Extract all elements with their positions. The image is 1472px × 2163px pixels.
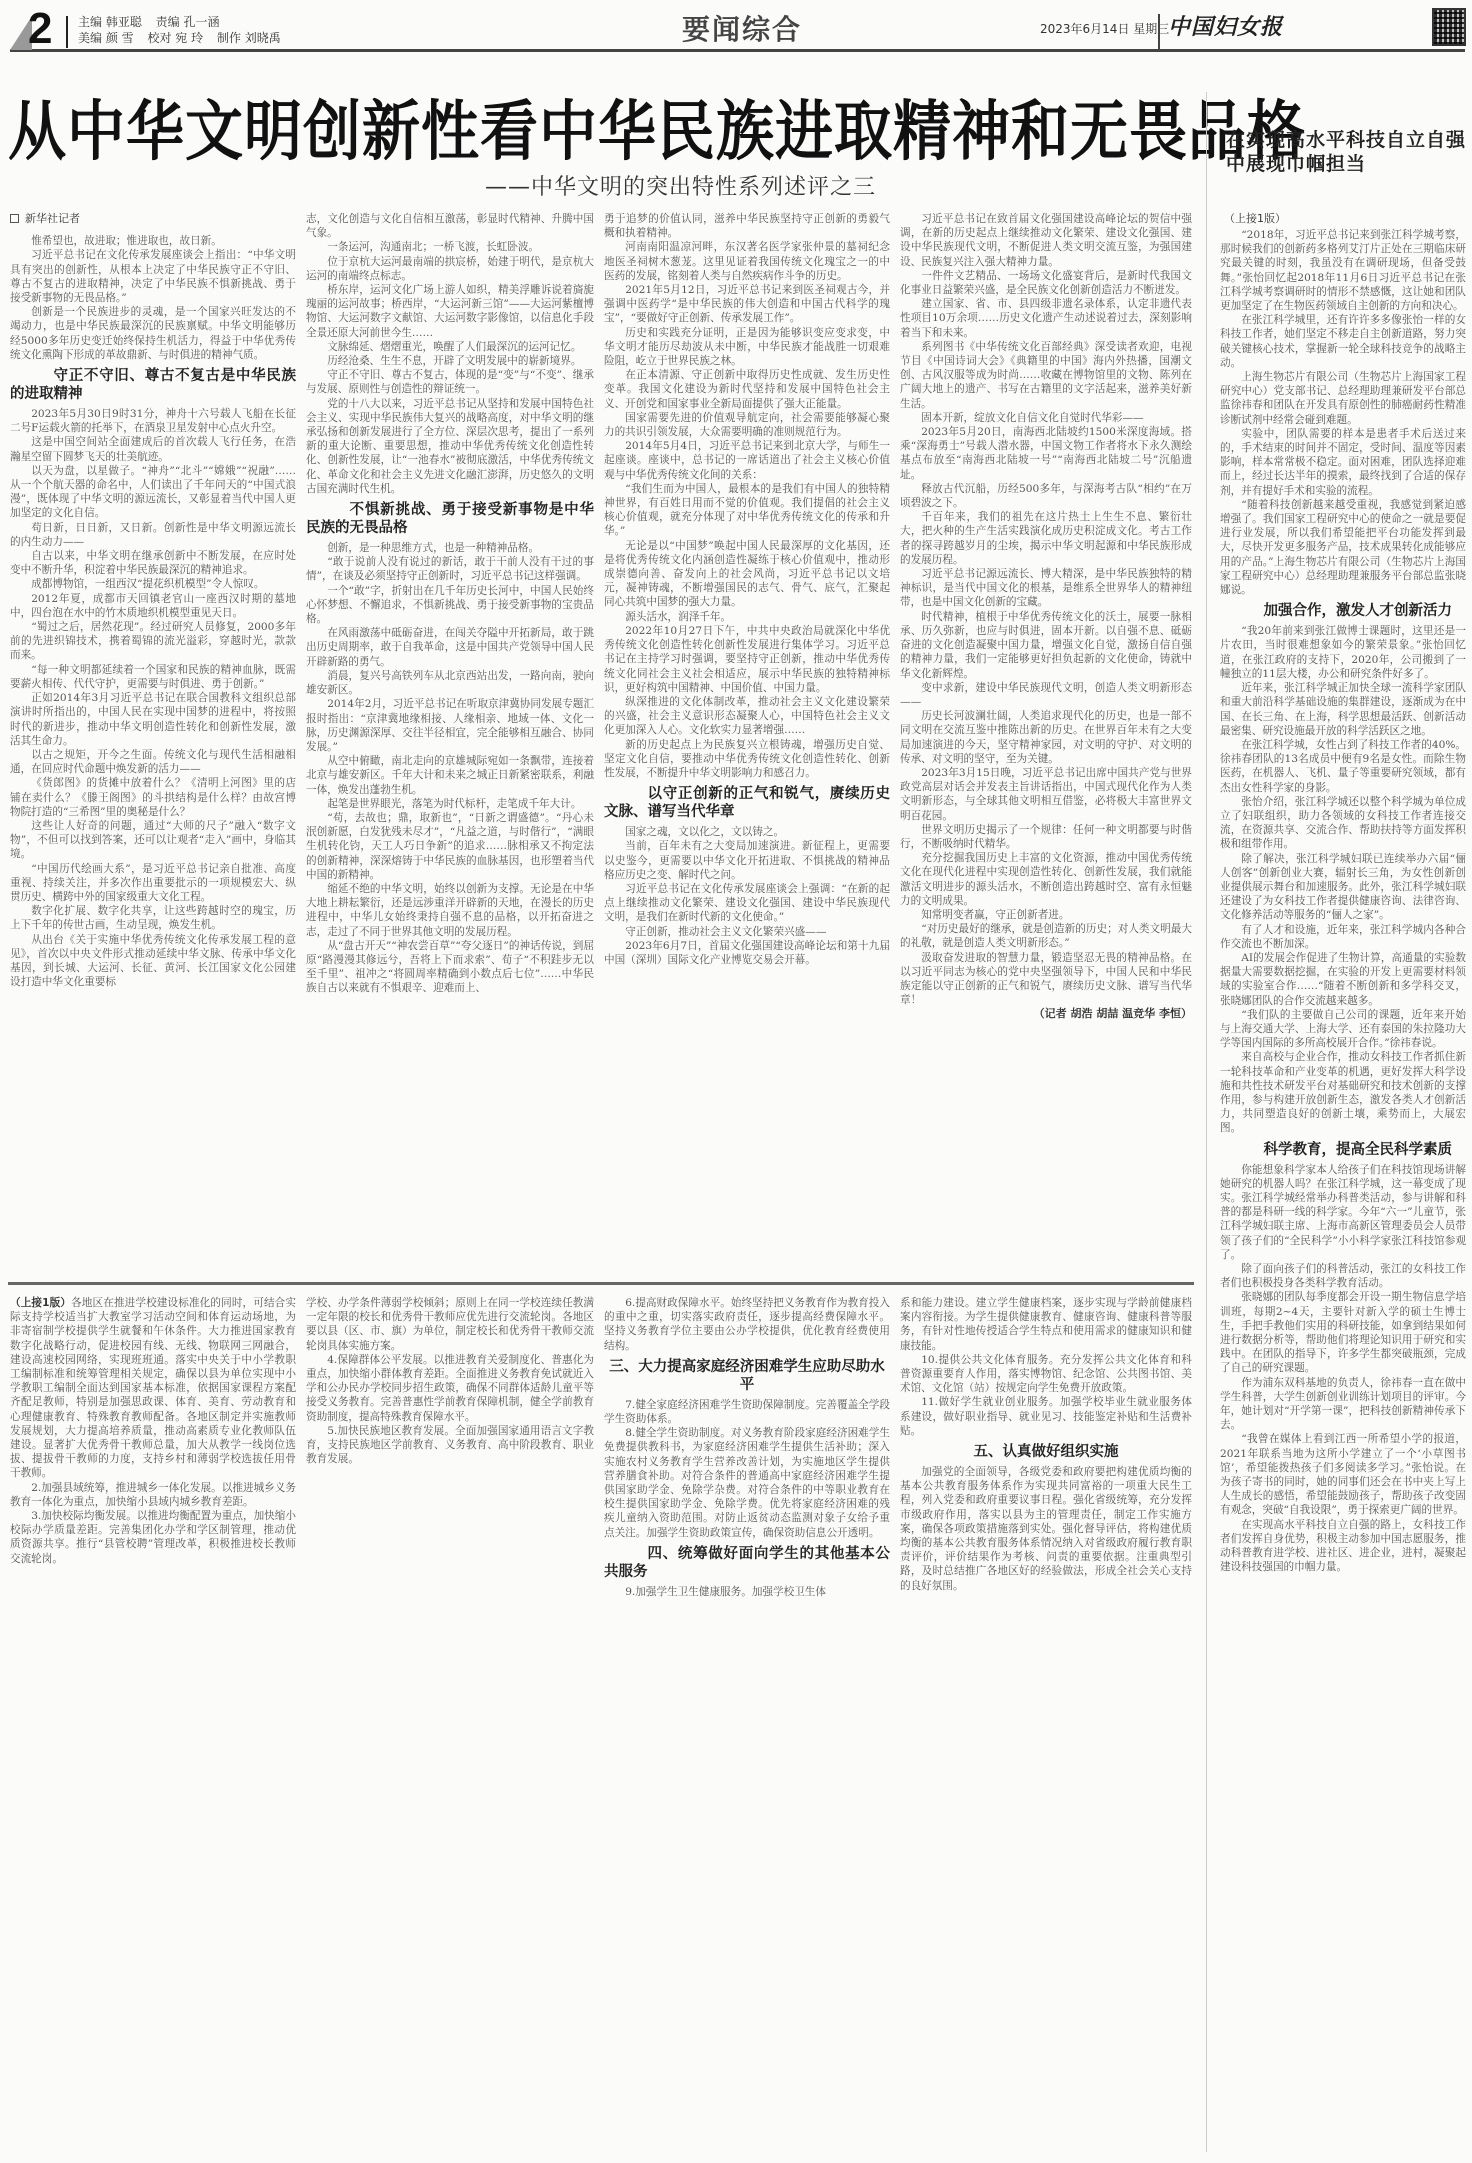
main-article-column-3: 勇于追梦的价值认同，滋养中华民族坚持守正创新的勇毅气概和执着精神。河南南阳温凉河…: [604, 212, 890, 1278]
paragraph: 从出台《关于实施中华优秀传统文化传承发展工程的意见》，首次以中央文件形式推动延续…: [10, 933, 296, 990]
paragraph: 学校、办学条件薄弱学校倾斜；原则上在同一学校连续任教满一定年限的校长和优秀骨干教…: [306, 1296, 594, 1353]
paragraph: 11.做好学生就业创业服务。加强学校毕业生就业服务体系建设，做好职业指导、就业见…: [900, 1395, 1192, 1438]
paragraph: 缩延不绝的中华文明，始终以创新为支撑。无论是在中华大地上耕耘繁衍，还是远涉重洋开…: [306, 882, 594, 939]
qr-code-icon[interactable]: [1432, 8, 1466, 46]
paragraph: 新的历史起点上为民族复兴立根铸魂，增强历史自觉、坚定文化自信，要推动中华优秀传统…: [604, 738, 890, 781]
paragraph: 系列图书《中华传统文化百部经典》深受读者欢迎，电视节目《中国诗词大会》《典籍里的…: [900, 340, 1192, 411]
staff-line-1: 主编 韩亚聪 责编 孔一涵: [78, 14, 291, 30]
paragraph: 习近平总书记在致首届文化强国建设高峰论坛的贺信中强调，在新的历史起点上继续推动文…: [900, 212, 1192, 269]
section-heading: 以守正创新的正气和锐气，赓续历史文脉、谱写当代华章: [604, 785, 890, 821]
paragraph: 数字化扩展、数字化共享，让这些跨越时空的瑰宝，历上下千年的传世古画，生动呈现，焕…: [10, 904, 296, 932]
paragraph: “我们队的主要做自己公司的课题，近年来开始与上海交通大学、上海大学、还有泰国的朱…: [1220, 1008, 1466, 1051]
paragraph: 在风雨激荡中砥砺奋进，在闯关夺隘中开拓新局，敢于跳出历史周期率，敢于自我革命，这…: [306, 626, 594, 669]
proofreader: 校对 宛 玲: [147, 31, 203, 45]
paragraph: 从“盘古开天”“神农尝百草”“夸父逐日”的神话传说，到屈原“路漫漫其修远兮，吾将…: [306, 939, 594, 996]
paragraph: 历史长河波澜壮阔，人类追求现代化的历史，也是一部不同文明在交流互鉴中推陈出新的历…: [900, 709, 1192, 766]
paragraph: 2014年5月4日，习近平总书记来到北京大学，与师生一起座谈。座谈中，总书记的一…: [604, 439, 890, 482]
issue-date: 2023年6月14日 星期三: [1040, 20, 1169, 37]
section-heading: 不惧新挑战、勇于接受新事物是中华民族的无畏品格: [306, 501, 594, 537]
section-heading: 加强合作，激发人才创新活力: [1220, 602, 1466, 620]
bottom-article-column-3: 6.提高财政保障水平。始终坚持把义务教育作为教育投入的重中之重，切实落实政府责任…: [604, 1296, 890, 2156]
paragraph: 国家需要先进的价值观导航定向，社会需要能够凝心聚力的共识引领发展，大众需要明确的…: [604, 411, 890, 439]
main-subheadline: ——中华文明的突出特性系列述评之三: [485, 170, 876, 201]
paragraph: 9.加强学生卫生健康服务。加强学校卫生体: [604, 1585, 890, 1599]
editorial-staff: 主编 韩亚聪 责编 孔一涵 美编 颜 雪 校对 宛 玲 制作 刘晓禹: [78, 14, 291, 46]
paragraph: 在张江科学城里，还有许许多多像张怡一样的女科技工作者，她们坚定不移走自主创新道路…: [1220, 313, 1466, 370]
paragraph: 千百年来，我们的祖先在这片热土上生生不息、繁衍壮大，把火种的生产生活实践演化成历…: [900, 510, 1192, 567]
column-body: 6.提高财政保障水平。始终坚持把义务教育作为教育投入的重中之重，切实落实政府责任…: [604, 1296, 890, 1599]
paragraph: 2021年5月12日，习近平总书记来到医圣祠观古今，并强调中医药学“是中华民族的…: [604, 283, 890, 326]
page-masthead: 2 主编 韩亚聪 责编 孔一涵 美编 颜 雪 校对 宛 玲 制作 刘晓禹 要闻综…: [10, 8, 1465, 52]
section-heading: 三、大力提高家庭经济困难学生应助尽助水平: [604, 1358, 890, 1394]
paragraph: “苟，去故也；鼎，取新也”，“日新之谓盛德”。“丹心未泯创新愿，白发犹残未尽才”…: [306, 811, 594, 882]
paragraph: 2022年10月27日下午，中共中央政治局就深化中华优秀传统文化创造性转化创新性…: [604, 624, 890, 695]
section-heading: 五、认真做好组织实施: [900, 1443, 1192, 1461]
paragraph: “我们生而为中国人，最根本的是我们有中国人的独特精神世界，有百姓日用而不觉的价值…: [604, 482, 890, 539]
paragraph: 建立国家、省、市、县四级非遗名录体系，认定非遗代表性项目10万余项……历史文化遗…: [900, 297, 1192, 340]
paragraph: 在实现高水平科技自立自强的路上，女科技工作者们发挥自身优势，积极主动参加中国志愿…: [1220, 1518, 1466, 1575]
paragraph: 2023年5月20日，南海西北陆坡约1500米深度海域。搭乘“深海勇士”号载人潜…: [900, 425, 1192, 482]
paragraph: 一件件文艺精品、一场场文化盛宴背后，是新时代我国文化事业日益繁荣兴盛，是全民族文…: [900, 269, 1192, 297]
paragraph: 纵深推进的文化体制改革，推动社会主义文化建设繁荣的兴盛，社会主义意识形态凝聚人心…: [604, 695, 890, 738]
paragraph: 除了面向孩子们的科普活动，张江的女科技工作者们也积极投身各类科学教育活动。: [1220, 1262, 1466, 1290]
column-body: 勇于追梦的价值认同，滋养中华民族坚持守正创新的勇毅气概和执着精神。河南南阳温凉河…: [604, 212, 890, 967]
paragraph: 时代精神，植根于中华优秀传统文化的沃土，展要一脉相承、历久弥新，也应与时俱进，固…: [900, 610, 1192, 681]
paragraph: 从空中俯瞰，南北走向的京雄城际宛如一条飘带，连接着北京与雄安新区。千年大计和未来…: [306, 754, 594, 797]
paragraph: 创新是一个民族进步的灵魂，是一个国家兴旺发达的不竭动力，也是中华民族最深沉的民族…: [10, 305, 296, 362]
paragraph: 变中求新，建设中华民族现代文明，创造人类文明新形态——: [900, 681, 1192, 709]
side-article-headline: 在实现高水平科技自立自强中展现巾帼担当: [1226, 128, 1466, 176]
paragraph: “随着科技创新越来越受重视，我感觉到紧迫感增强了。我们国家工程研究中心的使命之一…: [1220, 498, 1466, 597]
paragraph: “我曾在媒体上看到江西一所希望小学的报道，2021年联系当地为这所小学建立了一个…: [1220, 1432, 1466, 1517]
paragraph: “我20年前来到张江做博士课题时，这里还是一片农田，当时很难想象如今的繁荣景象。…: [1220, 624, 1466, 681]
bottom-article-column-4: 系和能力建设。建立学生健康档案，逐步实现与学龄前健康档案内容衔接。为学生提供健康…: [900, 1296, 1192, 2156]
page-number-badge: 2: [10, 8, 66, 50]
paragraph: 无论是以“中国梦”唤起中国人民最深厚的文化基因，还是将优秀传统文化内涵创造性凝练…: [604, 539, 890, 610]
paragraph: 这些让人好奇的问题，通过“大师的尺子”融入“数字文物”，不但可以找到答案，还可以…: [10, 819, 296, 862]
paragraph: 系和能力建设。建立学生健康档案，逐步实现与学龄前健康档案内容衔接。为学生提供健康…: [900, 1296, 1192, 1353]
newspaper-logo: 中国妇女报: [1168, 10, 1283, 41]
paragraph: 充分挖掘我国历史上丰富的文化资源，推动中国优秀传统文化在现代化进程中实现创造性转…: [900, 851, 1192, 908]
section-heading: 守正不守旧、尊古不复古是中华民族的进取精神: [10, 367, 296, 403]
paragraph: 国家之魂，文以化之，文以铸之。: [604, 825, 890, 839]
paragraph: 6.提高财政保障水平。始终坚持把义务教育作为教育投入的重中之重，切实落实政府责任…: [604, 1296, 890, 1353]
paragraph: 固本开新，绽放文化自信文化自觉时代华彩——: [900, 411, 1192, 425]
paragraph: “2018年，习近平总书记来到张江科学城考察，那时候我们的创新药多格列艾汀片正处…: [1220, 228, 1466, 313]
paragraph: 消晨，复兴号高铁列车从北京西站出发，一路向南，驶向雄安新区。: [306, 669, 594, 697]
paragraph: 来自高校与企业合作，推动女科技工作者抓住新一轮科技革命和产业变革的机遇，更好发挥…: [1220, 1050, 1466, 1135]
column-body: “2018年，习近平总书记来到张江科学城考察，那时候我们的创新药多格列艾汀片正处…: [1220, 228, 1466, 1574]
bottom-article-column-1: （上接1版）各地区在推进学校建设标准化的同时，可结合实际支持学校适当扩大教室学习…: [10, 1296, 296, 2156]
paragraph: 5.加快民族地区教育发展。全面加强国家通用语言文字教育，支持民族地区学前教育、义…: [306, 1424, 594, 1467]
paragraph: 知常明变者赢，守正创新者进。: [900, 908, 1192, 922]
paragraph: 2012年夏，成都市天回镇老官山一座西汉时期的墓地中，四台泡在水中的竹木质地织机…: [10, 592, 296, 620]
paragraph-text: 各地区在推进学校建设标准化的同时，可结合实际支持学校适当扩大教室学习活动空间和体…: [10, 1297, 296, 1479]
paragraph: 以古之规矩，开今之生面。传统文化与现代生活相融相通，在回应时代命题中焕发新的活力…: [10, 748, 296, 776]
paragraph: 源头活水，润泽千年。: [604, 610, 890, 624]
paragraph: 10.提供公共文化体育服务。充分发挥公共文化体育和科普资源重要育人作用，落实博物…: [900, 1353, 1192, 1396]
column-body: 习近平总书记在致首届文化强国建设高峰论坛的贺信中强调，在新的历史起点上继续推动文…: [900, 212, 1192, 1007]
paragraph: 守正创新，推动社会主义文化繁荣兴盛——: [604, 925, 890, 939]
paragraph: 守正不守旧、尊古不复古，体现的是“变”与“不变”、继承与发展、原则性与创造性的辩…: [306, 368, 594, 396]
paragraph: 历经沧桑、生生不息，开辟了文明发展中的崭新境界。: [306, 354, 594, 368]
paragraph: 在正本清源、守正创新中取得历史性成就、发生历史性变革。我国文化建设为新时代坚持和…: [604, 368, 890, 411]
paragraph: 2023年6月7日，首届文化强国建设高峰论坛和第十九届中国（深圳）国际文化产业博…: [604, 939, 890, 967]
main-article-column-4: 习近平总书记在致首届文化强国建设高峰论坛的贺信中强调，在新的历史起点上继续推动文…: [900, 212, 1192, 1278]
byline: 新华社记者: [10, 212, 296, 226]
masthead-divider-right: [1158, 14, 1160, 50]
paragraph: 实验中，团队需要的样本是患者手术后送过来的，手术结束的时间并不固定，受时间、温度…: [1220, 427, 1466, 498]
paragraph: 惟希望也，故进取；惟进取也，故日新。: [10, 234, 296, 248]
paragraph: 2023年3月15日晚，习近平总书记出席中国共产党与世界政党高层对话会并发表主旨…: [900, 766, 1192, 823]
paragraph: 历史和实践充分证明，正是因为能够识变应变求变，中华文明才能历尽劫波从未中断，中华…: [604, 326, 890, 369]
paragraph: 有了人才和设施，近年来，张江科学城内各种合作交流也不断加深。: [1220, 923, 1466, 951]
main-headline: 从中华文明创新性看中华民族进取精神和无畏品格: [8, 92, 1198, 170]
paragraph: 8.健全学生资助制度。对义务教育阶段家庭经济困难学生免费提供教科书，为家庭经济困…: [604, 1426, 890, 1540]
paragraph: 4.保障群体公平发展。以推进教育关爱制度化、普惠化为重点，加快缩小群体教育差距。…: [306, 1353, 594, 1424]
paragraph: 文脉绵延、熠熠重光，唤醒了人们最深沉的运河记忆。: [306, 340, 594, 354]
column-divider: [1206, 92, 1207, 2152]
paragraph: 上海生物芯片有限公司（生物芯片上海国家工程研究中心）党支部书记、总经理助理兼研发…: [1220, 370, 1466, 427]
column-body: （上接1版）各地区在推进学校建设标准化的同时，可结合实际支持学校适当扩大教室学习…: [10, 1296, 296, 1566]
paragraph: 你能想象科学家本人给孩子们在科技馆现场讲解她研究的机器人吗？在张江科学城，这一幕…: [1220, 1163, 1466, 1262]
paragraph: 《货郎图》的货摊中放着什么？《清明上河图》里的店铺在卖什么？《滕王阁图》的斗拱结…: [10, 776, 296, 819]
section-heading: 科学教育，提高全民科学素质: [1220, 1141, 1466, 1159]
column-body: 志，文化创造与文化自信相互激荡，彰显时代精神、升腾中国气象。一条运河，沟通南北；…: [306, 212, 594, 996]
paragraph: 在张江科学城，女性占到了科技工作者的40%。徐祎春团队的13名成员中便有9名是女…: [1220, 738, 1466, 795]
bottom-article-column-2: 学校、办学条件薄弱学校倾斜；原则上在同一学校连续任教满一定年限的校长和优秀骨干教…: [306, 1296, 594, 2156]
paragraph: “敢于说前人没有说过的新话，敢于干前人没有干过的事情”，在谈及必须坚持守正创新时…: [306, 555, 594, 583]
main-article-column-2: 志，文化创造与文化自信相互激荡，彰显时代精神、升腾中国气象。一条运河，沟通南北；…: [306, 212, 594, 1278]
reporter-signoff: （记者 胡浩 胡喆 温竞华 李恒）: [900, 1007, 1192, 1021]
section-heading: 四、统筹做好面向学生的其他基本公共服务: [604, 1545, 890, 1581]
paragraph: 位于京杭大运河最南端的拱宸桥，始建于明代，是京杭大运河的南端终点标志。: [306, 255, 594, 283]
paragraph: 河南南阳温凉河畔，东汉著名医学家张仲景的墓祠纪念地医圣祠树木葱茏。这里见证着我国…: [604, 240, 890, 283]
paragraph: 除了解决，张江科学城妇联已连续举办六届“俪人创客”创新创业大赛，辐射长三角，为女…: [1220, 852, 1466, 923]
staff-line-2: 美编 颜 雪 校对 宛 玲 制作 刘晓禹: [78, 30, 291, 46]
paragraph: 自古以来，中华文明在继承创新中不断发展，在应时处变中不断升华，积淀着中华民族最深…: [10, 549, 296, 577]
paragraph: 一条运河，沟通南北；一桥飞渡，长虹卧波。: [306, 240, 594, 254]
paragraph: 习近平总书记源远流长、博大精深，是中华民族独特的精神标识，是当代中国文化的根基，…: [900, 567, 1192, 610]
paragraph: “中国历代绘画大系”，是习近平总书记亲自批准、高度重视、持续关注，并多次作出重要…: [10, 862, 296, 905]
paragraph: 世界文明历史揭示了一个规律：任何一种文明都要与时偕行，不断吸纳时代精华。: [900, 823, 1192, 851]
paragraph: 近年来，张江科学城正加快全球一流科学家团队和重大前沿科学基础设施的集群建设，逐渐…: [1220, 681, 1466, 738]
paragraph: 7.健全家庭经济困难学生资助保障制度。完善覆盖全学段学生资助体系。: [604, 1398, 890, 1426]
paragraph: 一个“敢”字，折射出在几千年历史长河中，中国人民始终心怀梦想、不懈追求，不惧新挑…: [306, 584, 594, 627]
side-article-continued-tag: （上接1版）: [1224, 210, 1286, 226]
paragraph: 加强党的全面领导，各级党委和政府要把构建优质均衡的基本公共教育服务体系作为实现共…: [900, 1465, 1192, 1593]
page-number: 2: [28, 4, 52, 54]
responsible-editor: 责编 孔一涵: [156, 15, 220, 29]
section-divider: [8, 1282, 1194, 1285]
paragraph: 当前，百年未有之大变局加速演进。新征程上，更需要以史鉴今，更需要以中华文化开拓进…: [604, 839, 890, 882]
art-editor: 美编 颜 雪: [78, 31, 134, 45]
chief-editor: 主编 韩亚聪: [78, 15, 142, 29]
paragraph: 志，文化创造与文化自信相互激荡，彰显时代精神、升腾中国气象。: [306, 212, 594, 240]
column-body: 系和能力建设。建立学生健康档案，逐步实现与学龄前健康档案内容衔接。为学生提供健康…: [900, 1296, 1192, 1593]
paragraph: 这是中国空间站全面建成后的首次载人飞行任务，在浩瀚星空留下圆梦飞天的壮美航迹。: [10, 435, 296, 463]
paragraph: 以天为盘，以星做子。“神舟”“北斗”“嫦娥”“祝融”……从一个个航天器的命名中，…: [10, 464, 296, 521]
paragraph: 勇于追梦的价值认同，滋养中华民族坚持守正创新的勇毅气概和执着精神。: [604, 212, 890, 240]
producer: 制作 刘晓禹: [217, 31, 281, 45]
paragraph: 张晓娜的团队每季度都会开设一期生物信息学培训班，每期2~4天，主要针对新入学的硕…: [1220, 1290, 1466, 1375]
main-article-column-1: 新华社记者 惟希望也，故进取；惟进取也，故日新。习近平总书记在文化传承发展座谈会…: [10, 212, 296, 1278]
masthead-divider-left: [66, 16, 68, 48]
paragraph: 汲取奋发进取的智慧力量，锻造坚忍无畏的精神品格。在以习近平同志为核心的党中央坚强…: [900, 951, 1192, 1008]
paragraph: 作为浦东双科基地的负责人，徐祎春一直在做中学生科普，大学生创新创业训练计划项目的…: [1220, 1376, 1466, 1433]
byline-box-icon: [10, 214, 19, 223]
byline-text: 新华社记者: [25, 212, 80, 225]
paragraph: “蜀过之后，居然花现”。经过研究人员修复，2000多年前的先进织锦技术，携着蜀锦…: [10, 620, 296, 663]
side-article-column: “2018年，习近平总书记来到张江科学城考察，那时候我们的创新药多格列艾汀片正处…: [1220, 228, 1466, 2156]
column-body: 惟希望也，故进取；惟进取也，故日新。习近平总书记在文化传承发展座谈会上指出：“中…: [10, 234, 296, 989]
paragraph: 起笔是世界眼光，落笔为时代标杆，走笔成千年大计。: [306, 797, 594, 811]
paragraph: 2014年2月，习近平总书记在听取京津冀协同发展专题汇报时指出：“京津冀地缘相接…: [306, 697, 594, 754]
paragraph: “每一种文明都延续着一个国家和民族的精神血脉，既需要薪火相传、代代守护，更需要与…: [10, 663, 296, 691]
paragraph: 2.加强县域统筹，推进城乡一体化发展。以推进城乡义务教育一体化为重点，加快缩小县…: [10, 1481, 296, 1509]
paragraph: 习近平总书记在文化传承发展座谈会上指出：“中华文明具有突出的创新性，从根本上决定…: [10, 248, 296, 305]
paragraph: 桥东岸，运河文化广场上游人如织，精美浮雕诉说着旖旎瑰丽的运河故事；桥西岸，“大运…: [306, 283, 594, 340]
paragraph: 释放古代沉船，历经500多年，与深海考古队“相约”在万顷碧波之下。: [900, 482, 1192, 510]
paragraph: 正如2014年3月习近平总书记在联合国教科文组织总部演讲时所指出的，中国人民在实…: [10, 691, 296, 748]
paragraph: （上接1版）各地区在推进学校建设标准化的同时，可结合实际支持学校适当扩大教室学习…: [10, 1296, 296, 1481]
paragraph: 创新，是一种思维方式，也是一种精神品格。: [306, 541, 594, 555]
paragraph: “对历史最好的继承，就是创造新的历史；对人类文明最大的礼敬，就是创造人类文明新形…: [900, 922, 1192, 950]
continued-from-tag: （上接1版）: [10, 1297, 71, 1309]
paragraph: 习近平总书记在文化传承发展座谈会上强调：“在新的起点上继续推动文化繁荣、建设文化…: [604, 882, 890, 925]
paragraph: 党的十八大以来，习近平总书记从坚持和发展中国特色社会主义、实现中华民族伟大复兴的…: [306, 397, 594, 496]
paragraph: 3.加快校际均衡发展。以推进均衡配置为重点，加快缩小校际办学质量差距。完善集团化…: [10, 1509, 296, 1566]
paragraph: 成都博物馆，一组西汉“提花织机模型”令人惊叹。: [10, 577, 296, 591]
column-body: 学校、办学条件薄弱学校倾斜；原则上在同一学校连续任教满一定年限的校长和优秀骨干教…: [306, 1296, 594, 1466]
paragraph: 张怡介绍，张江科学城还以整个科学城为单位成立了妇联组织，助力各领域的女科技工作者…: [1220, 795, 1466, 852]
section-title: 要闻综合: [682, 8, 802, 48]
paragraph: 2023年5月30日9时31分，神舟十六号载人飞船在长征二号F运载火箭的托举下，…: [10, 407, 296, 435]
paragraph: 苟日新，日日新，又日新。创新性是中华文明源远流长的内生动力——: [10, 521, 296, 549]
paragraph: AI的发展会作促进了生物计算，高通量的实验数据量大需要数据挖掘，在实验的开发上更…: [1220, 951, 1466, 1008]
